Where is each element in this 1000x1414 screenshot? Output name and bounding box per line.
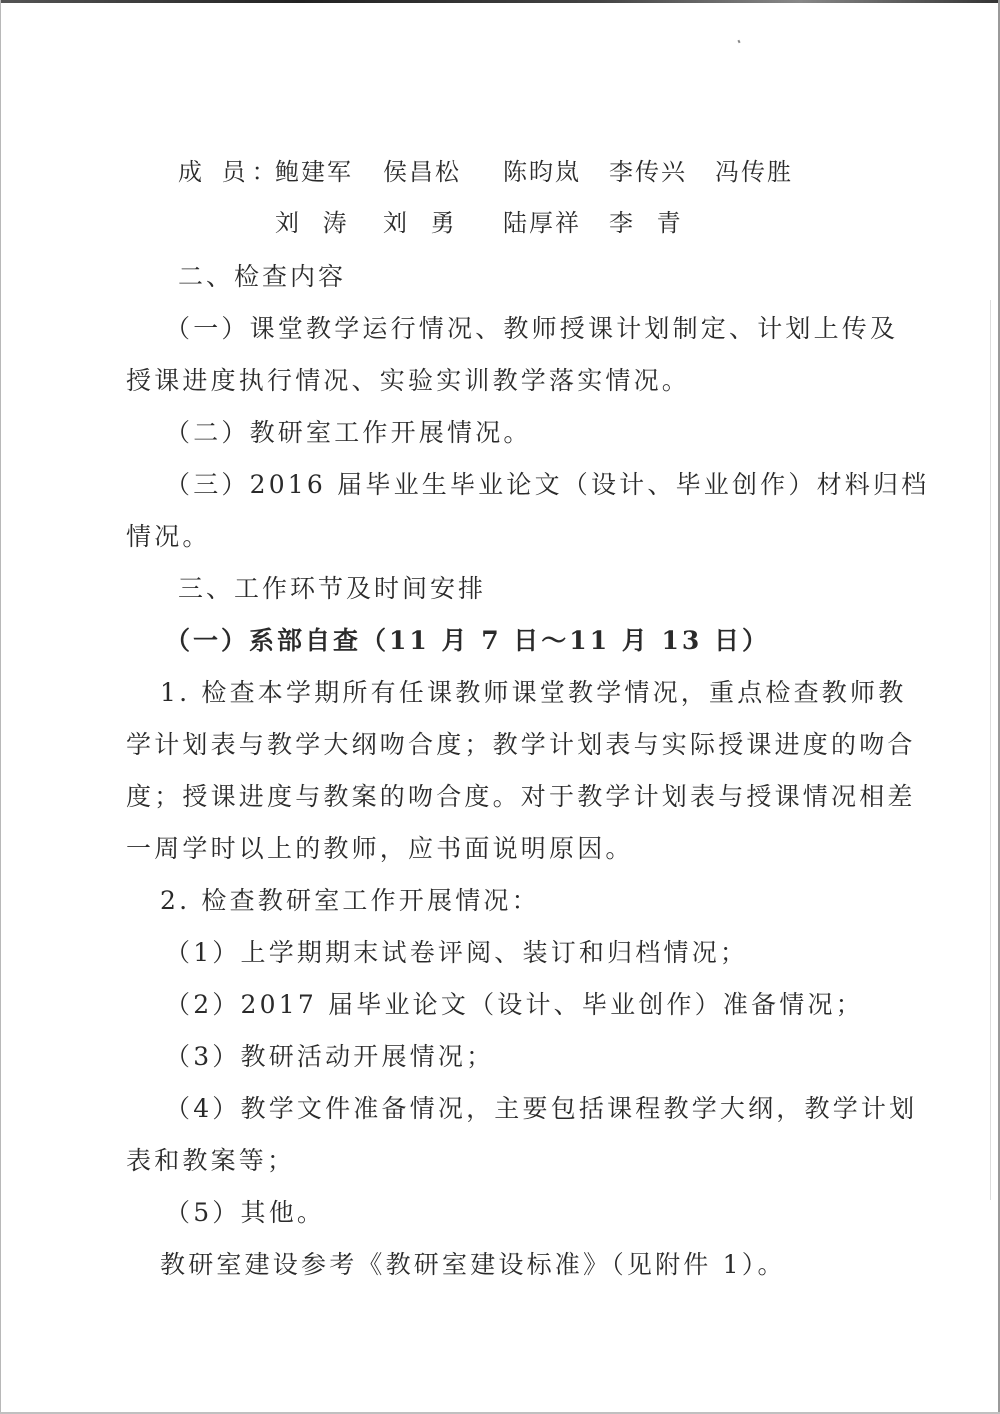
paragraph-line: （二）教研室工作开展情况。 — [165, 418, 532, 448]
paragraph-line: 一周学时以上的教师，应书面说明原因。 — [126, 834, 634, 864]
member-name: 冯传胜 — [715, 157, 793, 187]
members-label: 成 员： — [178, 157, 282, 187]
paragraph-line: （三）2016 届毕业生毕业论文（设计、毕业创作）材料归档 — [165, 470, 929, 500]
member-name: 鲍建军 — [275, 157, 353, 187]
section-heading-inspection-content: 二、检查内容 — [178, 262, 346, 292]
paragraph-line: 情况。 — [126, 522, 211, 552]
member-name: 李传兴 — [609, 157, 687, 187]
member-name: 李 青 — [609, 208, 689, 238]
member-name: 刘 勇 — [383, 208, 463, 238]
section-heading-schedule: 三、工作环节及时间安排 — [178, 574, 486, 604]
list-item: （2）2017 届毕业论文（设计、毕业创作）准备情况； — [165, 990, 864, 1020]
scan-fold-line — [990, 300, 991, 1200]
paragraph-line: 授课进度执行情况、实验实训教学落实情况。 — [126, 366, 690, 396]
list-item-continuation: 表和教案等； — [126, 1146, 295, 1176]
scan-speck — [737, 40, 740, 44]
scan-edge-top — [0, 0, 1000, 3]
member-name: 侯昌松 — [383, 157, 461, 187]
list-item: （3）教研活动开展情况； — [165, 1042, 494, 1072]
paragraph-line: 1. 检查本学期所有任课教师课堂教学情况，重点检查教师教 — [160, 678, 906, 708]
paragraph-line: 2. 检查教研室工作开展情况： — [160, 886, 540, 916]
member-name: 刘 涛 — [275, 208, 355, 238]
list-item: （1）上学期期末试卷评阅、装订和归档情况； — [165, 938, 748, 968]
member-name: 陈昀岚 — [503, 157, 581, 187]
reference-line: 教研室建设参考《教研室建设标准》（见附件 1）。 — [160, 1250, 786, 1280]
member-name: 陆厚祥 — [503, 208, 581, 238]
subheading-self-inspection: （一）系部自查（11 月 7 日～11 月 13 日） — [165, 626, 770, 656]
paragraph-line: （一）课堂教学运行情况、教师授课计划制定、计划上传及 — [165, 314, 898, 344]
paragraph-line: 度；授课进度与教案的吻合度。对于教学计划表与授课情况相差 — [126, 782, 916, 812]
list-item: （4）教学文件准备情况，主要包括课程教学大纲，教学计划 — [165, 1094, 917, 1124]
list-item: （5）其他。 — [165, 1198, 325, 1228]
scan-edge-left — [0, 0, 1, 1414]
paragraph-line: 学计划表与教学大纲吻合度；教学计划表与实际授课进度的吻合 — [126, 730, 916, 760]
